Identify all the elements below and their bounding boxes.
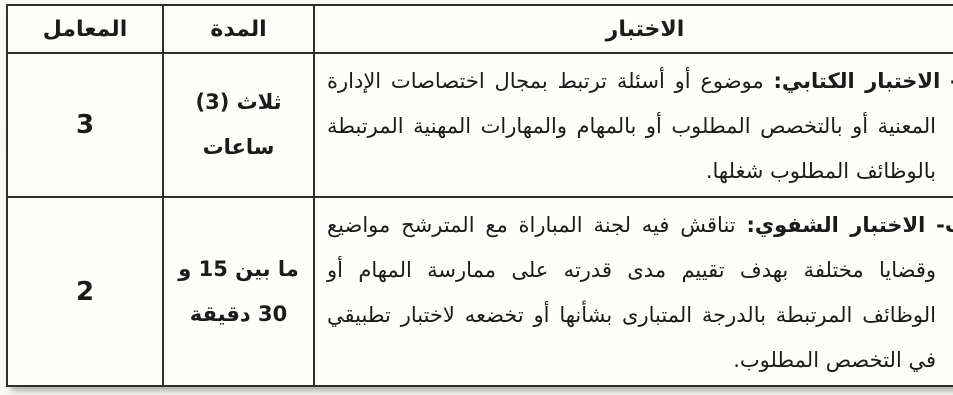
scanned-document-page: الاختبار المدة المعامل أ- الاختبار الكتا… (0, 0, 953, 395)
header-duration: المدة (163, 5, 314, 53)
header-coefficient: المعامل (7, 5, 163, 53)
written-exam-duration-line1: ثلاث (3) (168, 80, 309, 125)
oral-exam-paragraph: ب- الاختبار الشفوي: تناقش فيه لجنة المبا… (327, 203, 953, 383)
header-exam: الاختبار (314, 5, 953, 53)
written-exam-paragraph: أ- الاختبار الكتابي: موضوع أو أسئلة ترتب… (327, 59, 953, 194)
oral-exam-cell: ب- الاختبار الشفوي: تناقش فيه لجنة المبا… (314, 197, 953, 386)
oral-exam-duration-line2: 30 دقيقة (168, 292, 309, 337)
written-exam-label: الاختبار الكتابي: (773, 69, 940, 93)
exam-table: الاختبار المدة المعامل أ- الاختبار الكتا… (6, 4, 953, 387)
table-row-oral-exam: ب- الاختبار الشفوي: تناقش فيه لجنة المبا… (7, 197, 953, 386)
written-exam-cell: أ- الاختبار الكتابي: موضوع أو أسئلة ترتب… (314, 53, 953, 197)
oral-exam-coefficient-cell: 2 (7, 197, 163, 386)
written-exam-duration-line2: ساعات (168, 125, 309, 170)
oral-exam-list-marker: ب- (936, 213, 953, 237)
table-row-written-exam: أ- الاختبار الكتابي: موضوع أو أسئلة ترتب… (7, 53, 953, 197)
header-row: الاختبار المدة المعامل (7, 5, 953, 53)
oral-exam-label: الاختبار الشفوي: (746, 213, 925, 237)
written-exam-duration-cell: ثلاث (3) ساعات (163, 53, 314, 197)
written-exam-coefficient-cell: 3 (7, 53, 163, 197)
oral-exam-duration-cell: ما بين 15 و 30 دقيقة (163, 197, 314, 386)
oral-exam-duration-line1: ما بين 15 و (168, 247, 309, 292)
